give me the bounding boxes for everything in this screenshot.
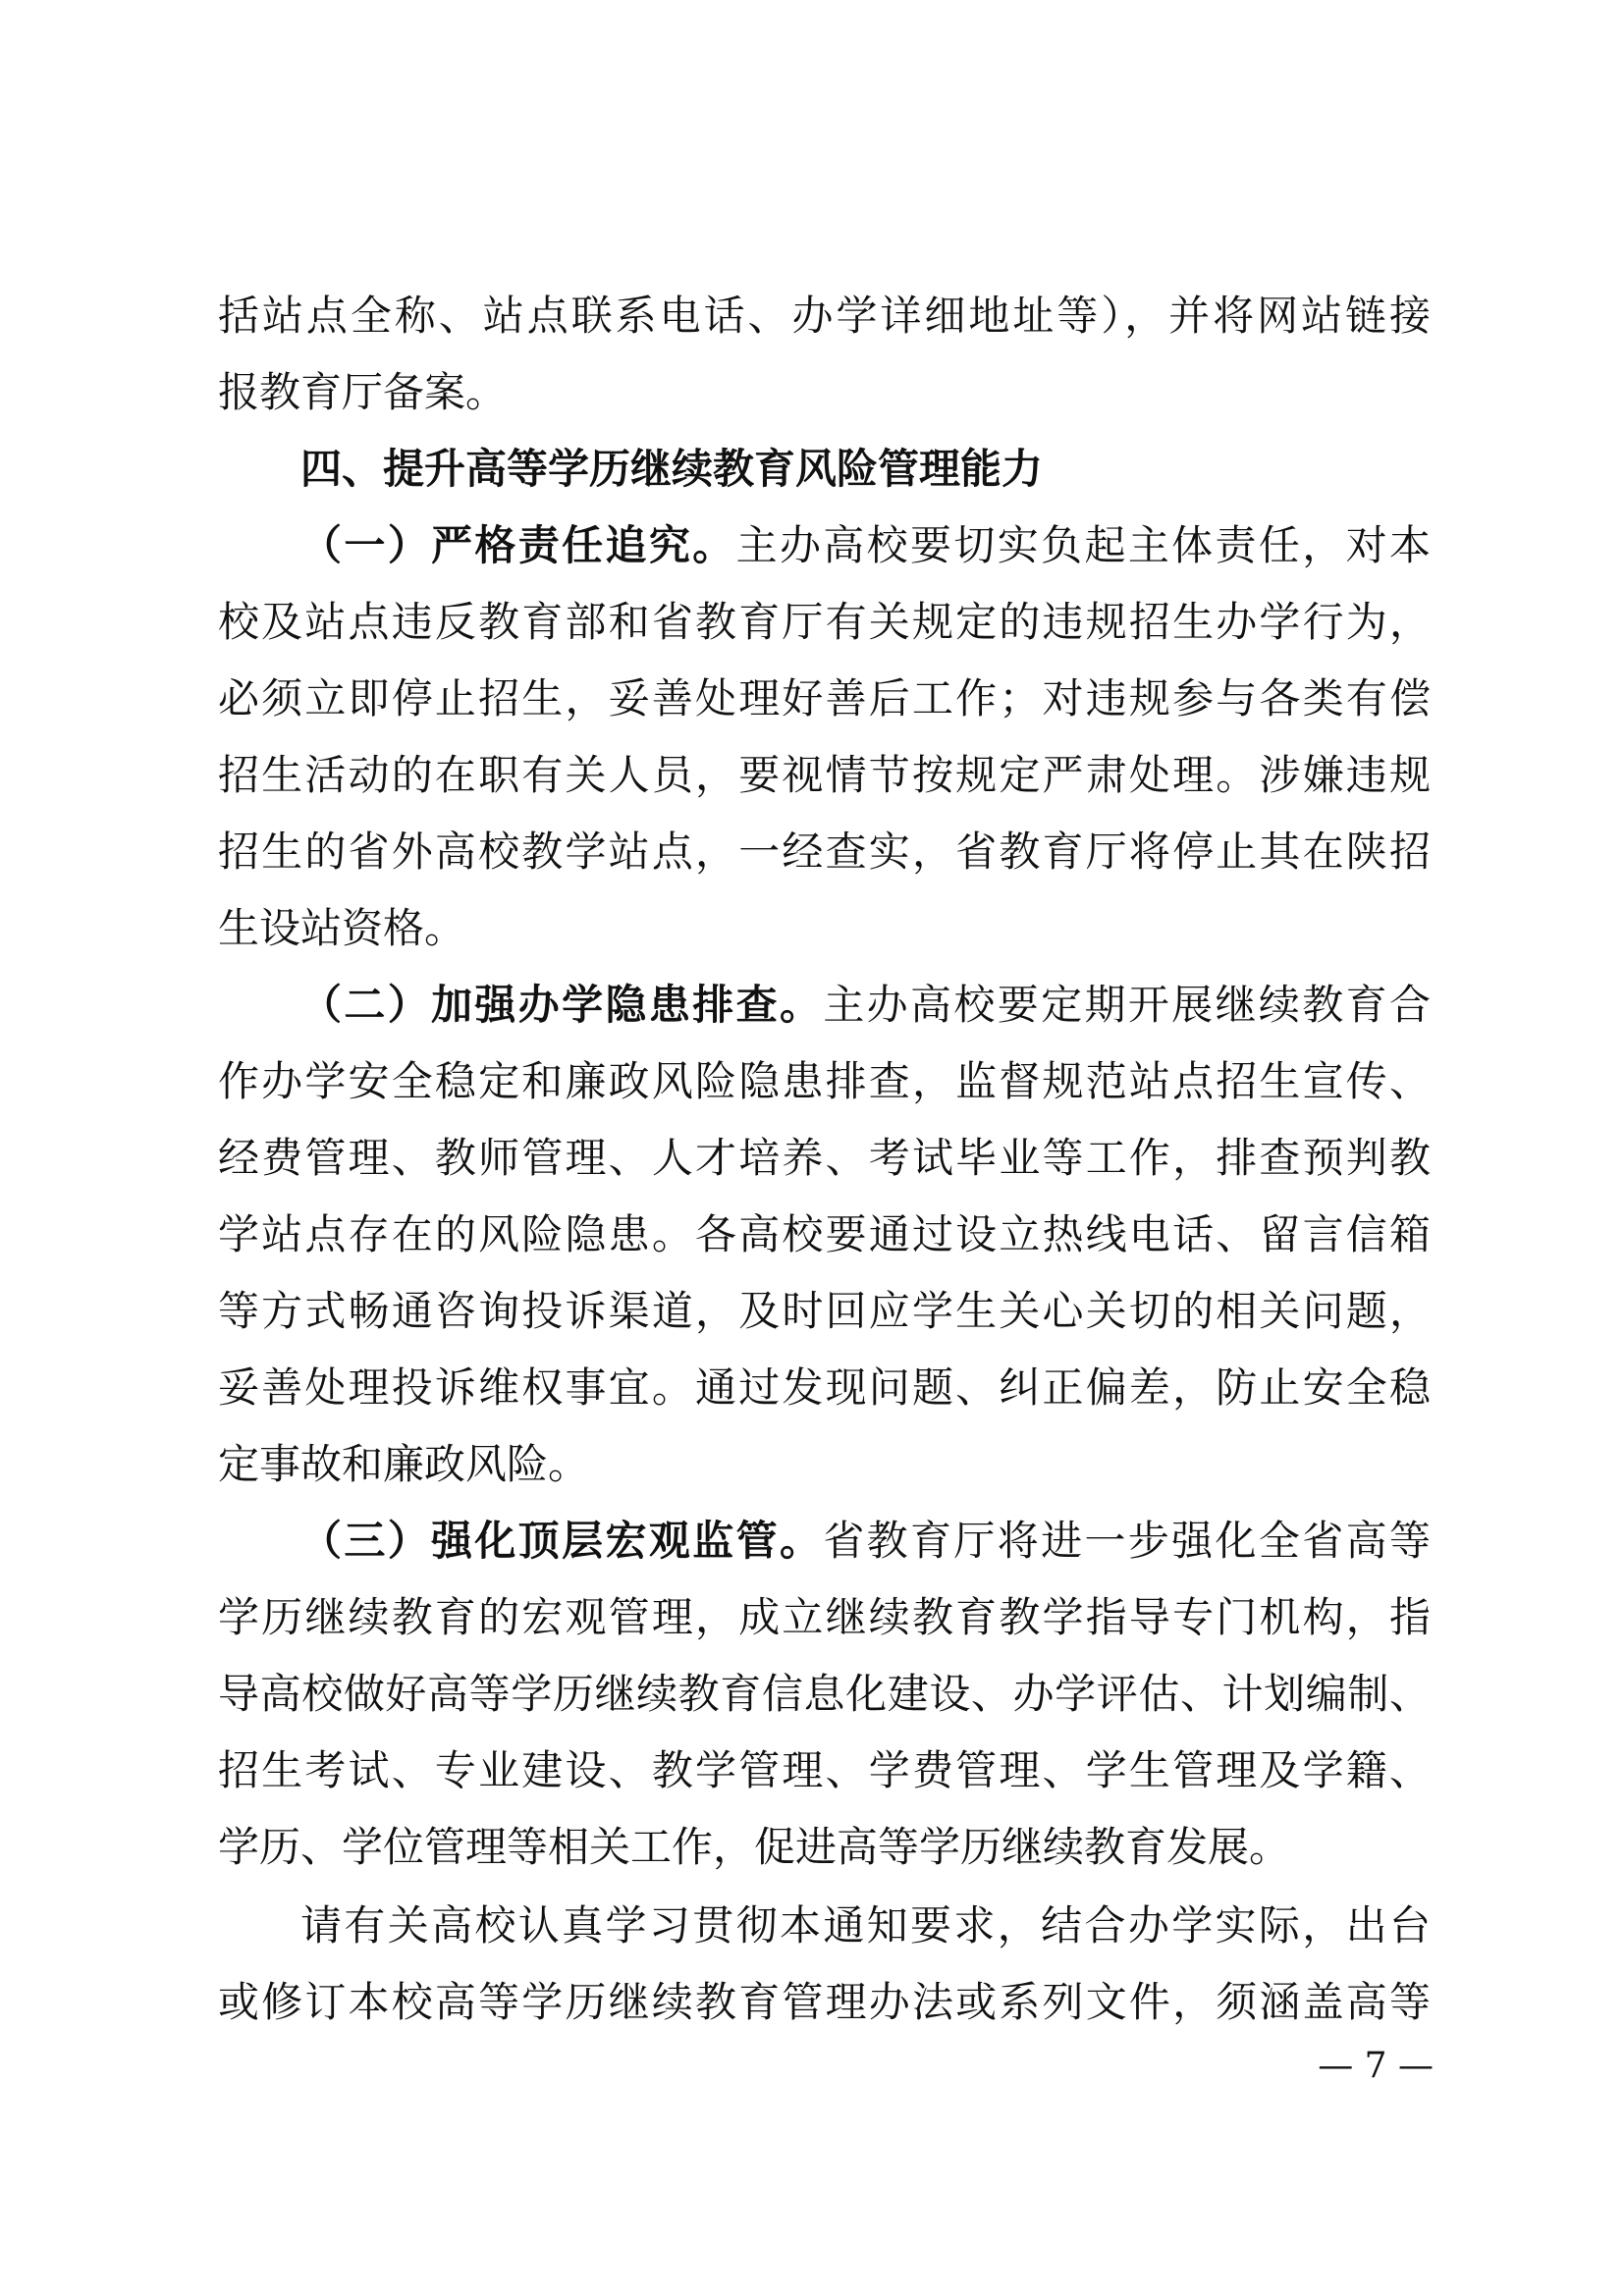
body-line: 学历、学位管理等相关工作，促进高等学历继续教育发展。 bbox=[218, 1818, 1431, 1877]
body-line: 校及站点违反教育部和省教育厅有关规定的违规招生办学行为， bbox=[218, 593, 1431, 652]
body-text: 省教育厅将进一步强化全省高等 bbox=[823, 1517, 1431, 1565]
document-page: 括站点全称、站点联系电话、办学详细地址等），并将网站链接 报教育厅备案。 四、提… bbox=[0, 0, 1624, 2296]
subsection-2-first-line: （二）加强办学隐患排查。主办高校要定期开展继续教育合 bbox=[300, 976, 1431, 1035]
subsection-2-title: （二）加强办学隐患排查。 bbox=[300, 981, 823, 1029]
body-text: 主办高校要切实负起主体责任，对本 bbox=[736, 521, 1431, 569]
body-line: 学站点存在的风险隐患。各高校要通过设立热线电话、留言信箱 bbox=[218, 1205, 1431, 1264]
body-line: 学历继续教育的宏观管理，成立继续教育教学指导专门机构，指 bbox=[218, 1588, 1431, 1647]
body-line: 必须立即停止招生，妥善处理好善后工作；对违规参与各类有偿 bbox=[218, 669, 1431, 728]
body-line: 报教育厅备案。 bbox=[218, 363, 1431, 422]
page-number: — 7 — bbox=[1267, 2042, 1434, 2091]
body-line: 招生考试、专业建设、教学管理、学费管理、学生管理及学籍、 bbox=[218, 1741, 1431, 1800]
body-line: 招生活动的在职有关人员，要视情节按规定严肃处理。涉嫌违规 bbox=[218, 746, 1431, 805]
subsection-3-title: （三）强化顶层宏观监管。 bbox=[300, 1517, 823, 1565]
subsection-1-title: （一）严格责任追究。 bbox=[300, 521, 736, 569]
subsection-3-first-line: （三）强化顶层宏观监管。省教育厅将进一步强化全省高等 bbox=[300, 1512, 1431, 1571]
body-line: 定事故和廉政风险。 bbox=[218, 1435, 1431, 1494]
body-text: 主办高校要定期开展继续教育合 bbox=[823, 981, 1431, 1029]
body-line: 妥善处理投诉维权事宜。通过发现问题、纠正偏差，防止安全稳 bbox=[218, 1359, 1431, 1417]
body-line: 括站点全称、站点联系电话、办学详细地址等），并将网站链接 bbox=[218, 287, 1431, 346]
body-line: 招生的省外高校教学站点，一经查实，省教育厅将停止其在陕招 bbox=[218, 823, 1431, 881]
body-line: 作办学安全稳定和廉政风险隐患排查，监督规范站点招生宣传、 bbox=[218, 1052, 1431, 1111]
subsection-1-first-line: （一）严格责任追究。主办高校要切实负起主体责任，对本 bbox=[300, 516, 1431, 575]
section-heading: 四、提升高等学历继续教育风险管理能力 bbox=[300, 440, 1431, 499]
body-line: 生设站资格。 bbox=[218, 899, 1431, 958]
body-line: 导高校做好高等学历继续教育信息化建设、办学评估、计划编制、 bbox=[218, 1665, 1431, 1724]
body-line: 等方式畅通咨询投诉渠道，及时回应学生关心关切的相关问题， bbox=[218, 1282, 1431, 1341]
closing-line: 请有关高校认真学习贯彻本通知要求，结合办学实际，出台 bbox=[300, 1896, 1431, 1955]
body-line: 经费管理、教师管理、人才培养、考试毕业等工作，排查预判教 bbox=[218, 1129, 1431, 1188]
closing-line: 或修订本校高等学历继续教育管理办法或系列文件，须涵盖高等 bbox=[218, 1973, 1431, 2032]
